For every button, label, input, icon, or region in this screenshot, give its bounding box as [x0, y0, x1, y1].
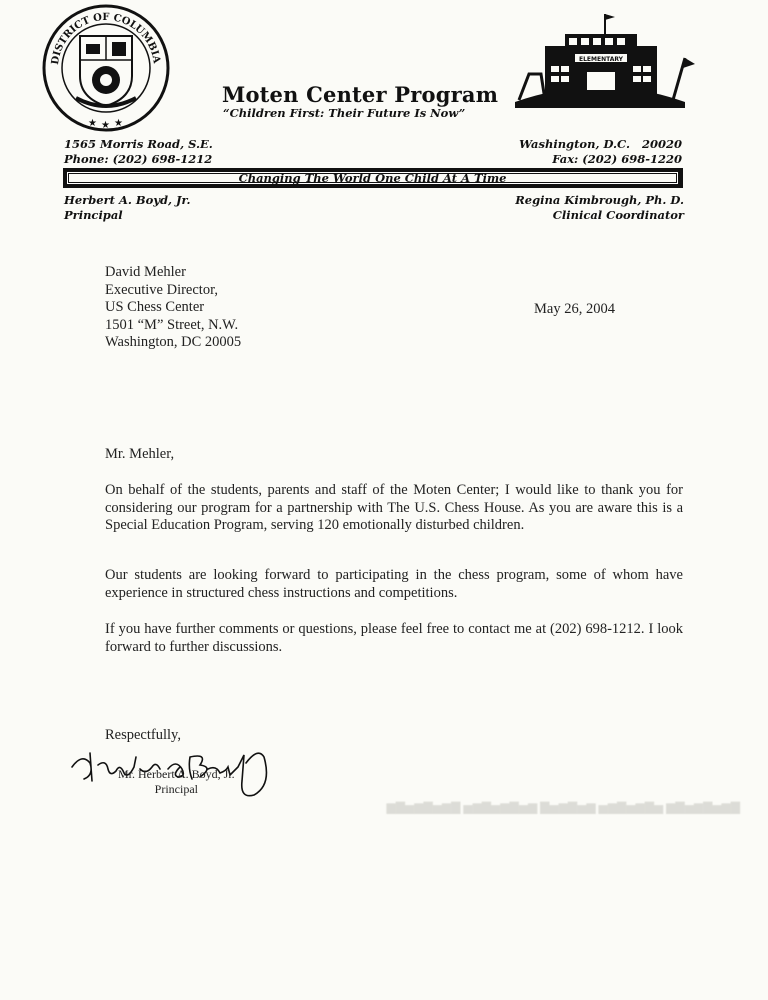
salutation: Mr. Mehler, [105, 446, 174, 464]
contact-right: Washington, D.C. 20020 Fax: (202) 698-12… [519, 137, 682, 167]
tagline: Changing The World One Child At A Time [239, 171, 507, 185]
coordinator-name: Regina Kimbrough, Ph. D. [515, 193, 684, 208]
tagline-banner: Changing The World One Child At A Time [63, 168, 683, 188]
principal-block: Herbert A. Boyd, Jr. Principal [64, 193, 190, 223]
body-paragraph: Our students are looking forward to part… [105, 567, 683, 602]
recipient-title: Executive Director, [105, 282, 241, 300]
recipient-city: Washington, DC 20005 [105, 334, 241, 352]
contact-left: 1565 Morris Road, S.E. Phone: (202) 698-… [64, 137, 213, 167]
closing: Respectfully, [105, 727, 181, 745]
school-building-graphic: ELEMENTARY [505, 10, 695, 110]
recipient-name: David Mehler [105, 264, 241, 282]
school-icon: ELEMENTARY [505, 10, 695, 110]
signatory-block: Mr. Herbert A. Boyd, Jr. Principal [118, 767, 235, 797]
recipient-organization: US Chess Center [105, 299, 241, 317]
program-name: Moten Center Program [222, 82, 498, 107]
principal-title: Principal [64, 208, 190, 223]
principal-name: Herbert A. Boyd, Jr. [64, 193, 190, 208]
svg-text:DISTRICT OF COLUMBIA PUBLIC SC: DISTRICT OF COLUMBIA PUBLIC SCHOOLS [40, 2, 162, 67]
body-paragraph: If you have further comments or question… [105, 621, 683, 656]
city-state-zip: Washington, D.C. 20020 [519, 137, 682, 152]
recipient-street: 1501 “M” Street, N.W. [105, 317, 241, 335]
recipient-address: David Mehler Executive Director, US Ches… [105, 264, 241, 352]
letter-date: May 26, 2004 [534, 301, 615, 319]
dc-public-schools-seal: DISTRICT OF COLUMBIA PUBLIC SCHOOLS ★★★ [40, 2, 172, 132]
svg-text:★: ★ [114, 118, 123, 129]
svg-text:★: ★ [88, 118, 97, 129]
signatory-name: Mr. Herbert A. Boyd, Jr. [118, 767, 235, 782]
svg-text:★: ★ [101, 120, 110, 131]
body-paragraph: On behalf of the students, parents and s… [105, 482, 683, 535]
svg-text:ELEMENTARY: ELEMENTARY [579, 56, 624, 63]
bleed-through-text: ▇▆▅▇▆▅▇▆ ▅▇▆▅▇▆▅ ▆▅▇▆▅▇ ▆▅▇▆▅▇▆▅ ▇▆▅▇▆▅▇… [100, 800, 740, 814]
fax-number: Fax: (202) 698-1220 [519, 152, 682, 167]
street-address: 1565 Morris Road, S.E. [64, 137, 213, 152]
program-motto: “Children First: Their Future Is Now” [223, 106, 465, 120]
coordinator-title: Clinical Coordinator [515, 208, 684, 223]
signatory-title: Principal [118, 782, 235, 797]
coordinator-block: Regina Kimbrough, Ph. D. Clinical Coordi… [515, 193, 684, 223]
phone-number: Phone: (202) 698-1212 [64, 152, 213, 167]
seal-icon: DISTRICT OF COLUMBIA PUBLIC SCHOOLS ★★★ [40, 2, 172, 132]
